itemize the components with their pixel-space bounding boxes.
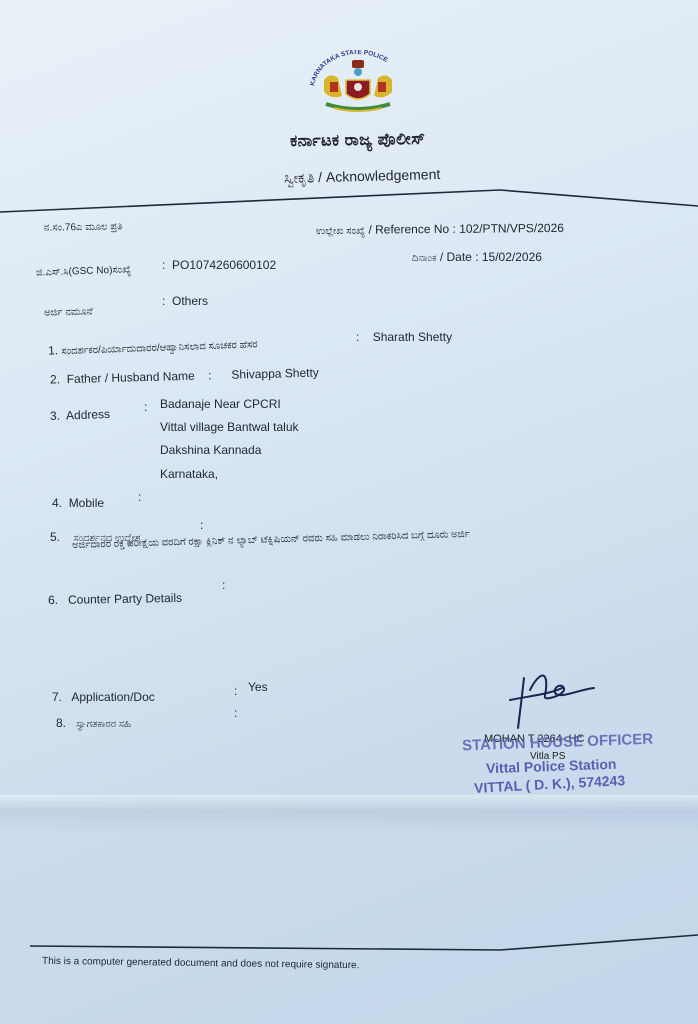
address-line-1: Badanaje Near CPCRI bbox=[160, 397, 281, 411]
date-label: / Date bbox=[440, 250, 472, 264]
form-number: ನ.ಸಂ.76ಎ ಮೂಲ ಪ್ರತಿ bbox=[44, 221, 123, 233]
field-number: 1. bbox=[48, 343, 58, 357]
gsc-label: ಜಿ.ಎಸ್.ಸಿ(GSC No)ಸಂಖ್ಯೆ bbox=[36, 264, 132, 278]
karnataka-police-emblem-icon: KARNATAKA STATE POLICE bbox=[306, 50, 410, 118]
field-number: 6. bbox=[48, 593, 58, 607]
field-number: 8. bbox=[56, 716, 66, 730]
signature-icon bbox=[500, 660, 600, 740]
field-address-label: 3. Address bbox=[50, 407, 111, 423]
field-father-name: 2. Father / Husband Name : Shivappa Shet… bbox=[50, 365, 319, 386]
paper-fold-shadow bbox=[0, 795, 698, 835]
separator: : bbox=[162, 294, 165, 308]
field-application-doc: 7. Application/Doc bbox=[52, 690, 155, 704]
field-number: 3. bbox=[50, 409, 60, 423]
separator: : bbox=[222, 578, 225, 592]
footer-divider bbox=[0, 925, 698, 955]
field-visitor-name-label: 1. ಸಂದರ್ಶಕರ/ಪಿರ್ಯಾದುದಾರರ/ಆಹ್ವಾನಿಸಲಾದ ಸೂಚ… bbox=[48, 336, 258, 357]
field-label: Father / Husband Name bbox=[67, 369, 195, 386]
visitor-name: Sharath Shetty bbox=[373, 330, 452, 344]
father-name: Shivappa Shetty bbox=[231, 365, 319, 381]
separator: : bbox=[234, 684, 237, 698]
petition-type-row: : Others bbox=[162, 294, 208, 308]
separator: : bbox=[200, 518, 203, 532]
separator: : bbox=[208, 368, 212, 382]
field-visitor-name-value: : Sharath Shetty bbox=[356, 330, 452, 344]
separator: : bbox=[475, 250, 478, 264]
reference-row: ಉಲ್ಲೇಖ ಸಂಖ್ಯೆ / Reference No : 102/PTN/V… bbox=[316, 221, 564, 237]
reference-label-kn: ಉಲ್ಲೇಖ ಸಂಖ್ಯೆ bbox=[316, 226, 365, 237]
separator: : bbox=[162, 258, 165, 272]
reference-label: / Reference No bbox=[368, 222, 449, 237]
gsc-value-row: : PO1074260600102 bbox=[162, 258, 276, 272]
field-counter-party: 6. Counter Party Details bbox=[48, 591, 182, 607]
date-value: 15/02/2026 bbox=[482, 250, 542, 264]
separator: : bbox=[144, 400, 147, 414]
address-line-2: Vittal village Bantwal taluk bbox=[160, 420, 299, 434]
separator: : bbox=[452, 222, 455, 236]
date-label-kn: ದಿನಾಂಕ bbox=[412, 253, 436, 264]
header-divider bbox=[0, 180, 698, 220]
separator: : bbox=[356, 330, 359, 344]
reference-value: 102/PTN/VPS/2026 bbox=[459, 221, 564, 236]
field-number: 2. bbox=[50, 372, 60, 386]
gsc-value: PO1074260600102 bbox=[172, 258, 276, 272]
address-line-3: Dakshina Kannada bbox=[160, 443, 261, 457]
address-line-4: Karnataka, bbox=[160, 467, 218, 481]
separator: : bbox=[138, 490, 141, 504]
separator: : bbox=[234, 706, 237, 720]
petition-type-value: Others bbox=[172, 294, 208, 308]
department-name: ಕರ್ನಾಟಕ ರಾಜ್ಯ ಪೊಲೀಸ್ bbox=[290, 131, 426, 151]
field-number: 7. bbox=[52, 690, 62, 704]
footer-note: This is a computer generated document an… bbox=[42, 956, 360, 971]
field-number: 5. bbox=[50, 530, 60, 544]
acknowledgement-document: KARNATAKA STATE POLICE ಕರ್ನಾಟಕ ರಾಜ್ಯ ಪೊಲ… bbox=[0, 0, 698, 1024]
application-doc-value: Yes bbox=[248, 680, 268, 694]
date-row: ದಿನಾಂಕ / Date : 15/02/2026 bbox=[412, 250, 542, 264]
field-label: ಸ್ವಾಗತಕಾರರ ಸಹಿ bbox=[76, 719, 131, 730]
field-receptionist-signature: 8. ಸ್ವಾಗತಕಾರರ ಸಹಿ bbox=[56, 716, 131, 730]
field-label: Application/Doc bbox=[71, 690, 154, 704]
field-label: Mobile bbox=[69, 496, 104, 510]
field-mobile: 4. Mobile bbox=[52, 496, 104, 510]
petition-type-label: ಅರ್ಜಿ ನಮೂನೆ bbox=[44, 306, 93, 318]
field-label: ಸಂದರ್ಶಕರ/ಪಿರ್ಯಾದುದಾರರ/ಆಹ್ವಾನಿಸಲಾದ ಸೂಚಕರ … bbox=[61, 339, 257, 357]
field-label: Counter Party Details bbox=[68, 591, 182, 607]
field-number: 4. bbox=[52, 496, 62, 510]
field-label: Address bbox=[66, 407, 110, 423]
